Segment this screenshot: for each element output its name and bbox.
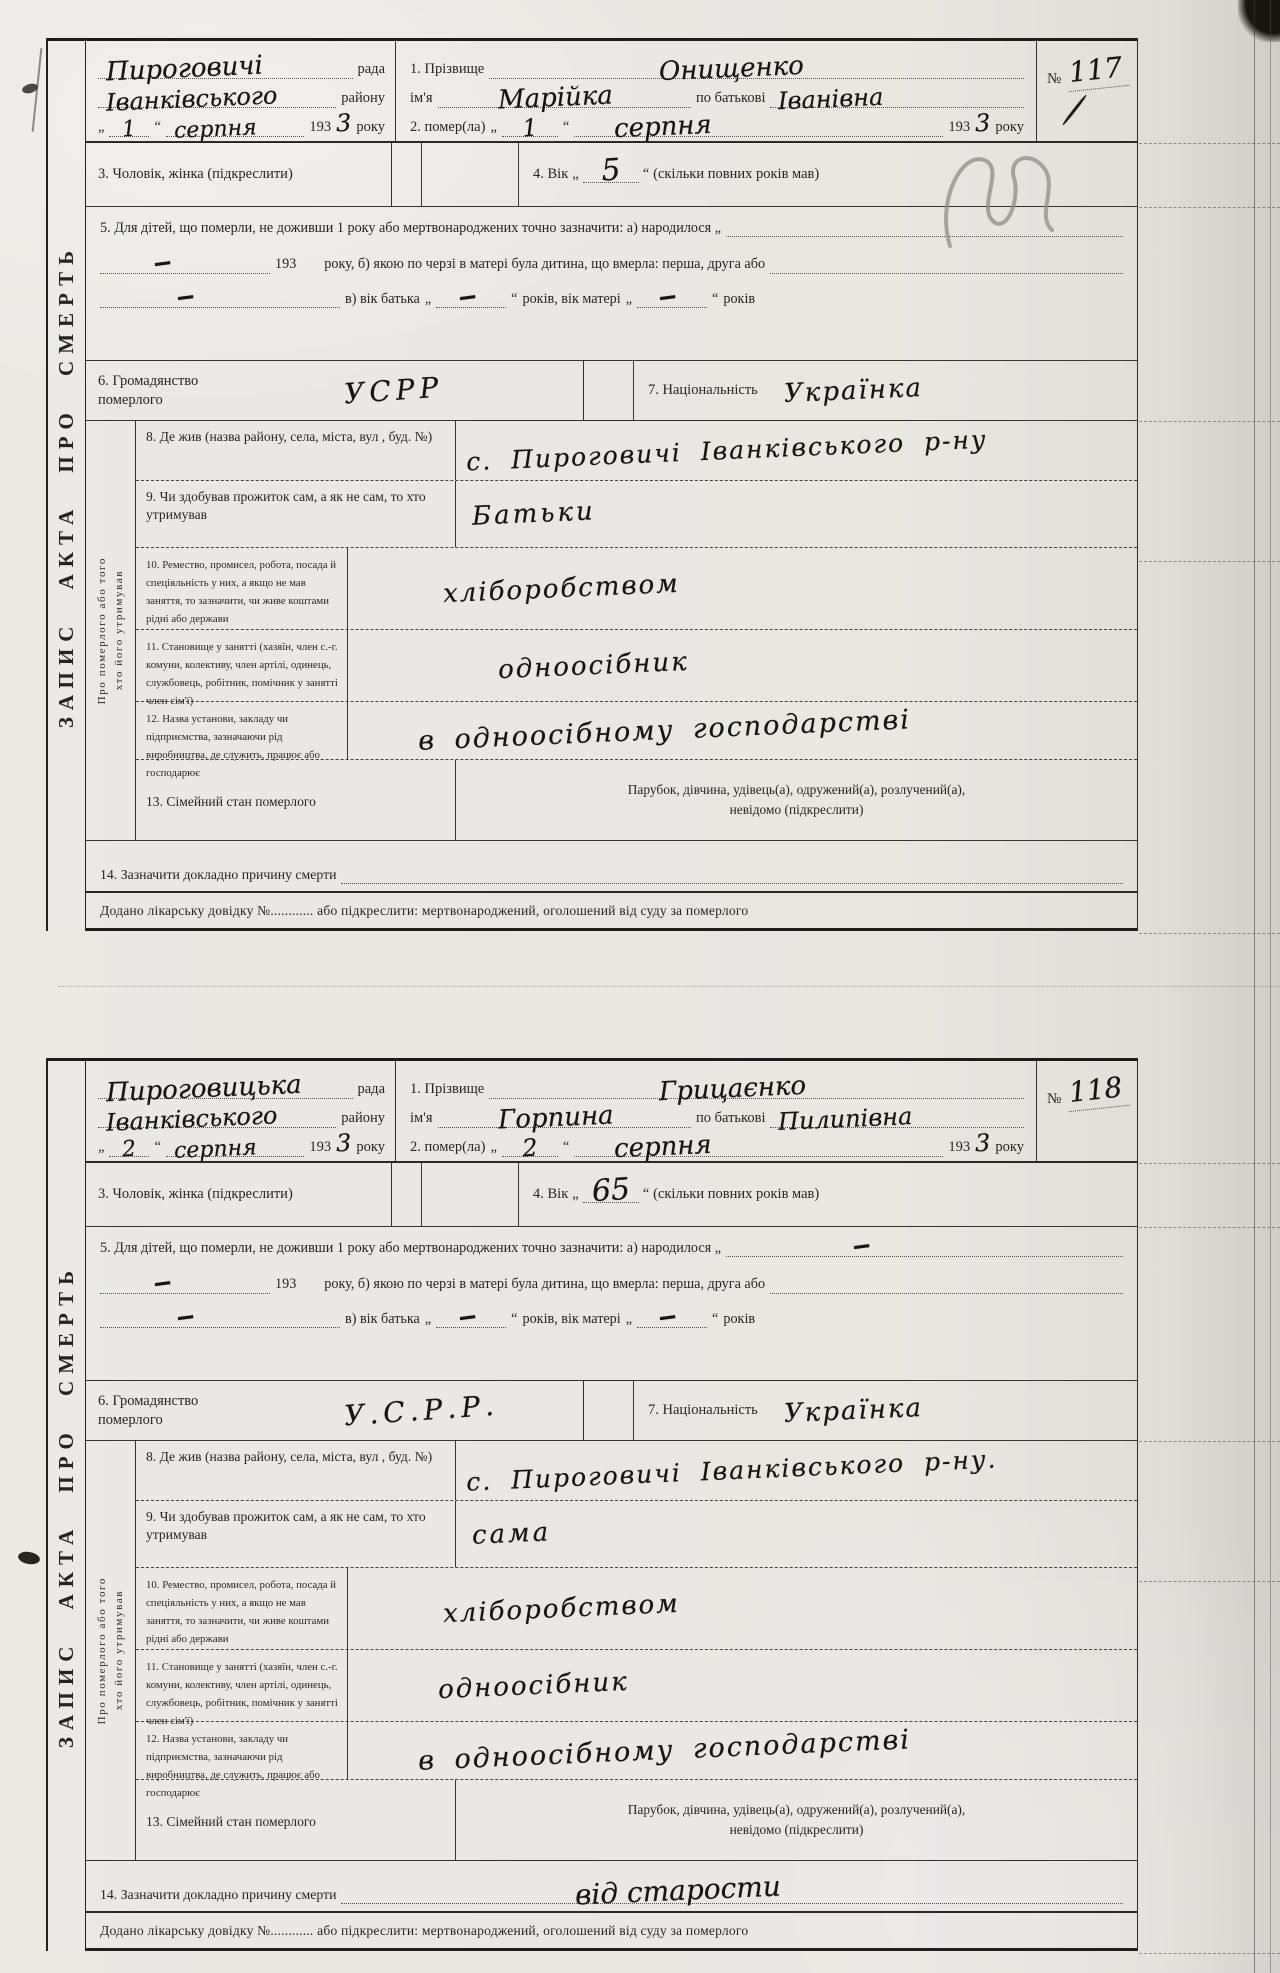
name-handwritten: Марійка bbox=[497, 81, 613, 116]
age-label: 4. Вік bbox=[533, 1185, 568, 1204]
quote-mark: „ bbox=[425, 1310, 431, 1328]
clause-line-2: —193року, б) якою по черзі в матері була… bbox=[100, 1275, 1123, 1293]
nationality-handwritten: Українка bbox=[783, 372, 923, 408]
clause-text-3b: років, вік матері bbox=[522, 290, 620, 308]
clause-line-3: —в) вік батька„—“років, вік матері„—“рок… bbox=[100, 1310, 1123, 1328]
number-sign: № bbox=[1047, 70, 1061, 90]
quote-mark: “ bbox=[154, 1138, 160, 1157]
inner-sidebar: Про померлого або тогохто його утримував bbox=[86, 1441, 136, 1860]
year-digit-handwritten: 3 bbox=[975, 109, 991, 138]
pencil-scribble bbox=[928, 138, 1078, 258]
year-digit-handwritten: 3 bbox=[975, 1129, 991, 1158]
record-number-handwritten: 118 bbox=[1066, 1070, 1131, 1112]
year-digit-handwritten: 3 bbox=[336, 109, 352, 138]
occupation-row: 10. Ремество, промисел, робота, посада й… bbox=[136, 548, 1137, 630]
workplace-label-cell: 12. Назва установи, закладу чи підприємс… bbox=[136, 702, 348, 759]
quote-mark: “ bbox=[563, 118, 569, 137]
quote-mark: “ bbox=[712, 290, 718, 308]
name-handwritten: Горпина bbox=[497, 1100, 614, 1135]
citizenship-label-line1: 6. Громадянство bbox=[98, 372, 266, 390]
quote-mark: “ bbox=[511, 1310, 517, 1328]
year-prefix: 193 bbox=[948, 1138, 970, 1157]
blank-line: — bbox=[100, 1311, 340, 1328]
clause-text-3b: років, вік матері bbox=[522, 1310, 620, 1328]
form-side-strip: ЗАПИС АКТА ПРО СМЕРТЬ bbox=[48, 1061, 86, 1951]
record-number-handwritten: 117 bbox=[1066, 50, 1131, 92]
workplace-label-cell: 12. Назва установи, закладу чи підприємс… bbox=[136, 1722, 348, 1779]
dash-handwritten: — bbox=[176, 281, 194, 313]
residence-row: 8. Де жив (назва району, села, міста, ву… bbox=[136, 421, 1137, 481]
status-label-cell: 11. Становище у занятті (хазяїн, член с.… bbox=[136, 630, 348, 701]
quote-mark: „ bbox=[572, 1185, 578, 1204]
dash-handwritten: — bbox=[176, 1301, 194, 1333]
age-handwritten: 65 bbox=[590, 1172, 631, 1210]
ink-check-stroke bbox=[1062, 94, 1088, 126]
surname-blank: Онищенко bbox=[489, 62, 1024, 79]
quote-mark: „ bbox=[98, 118, 104, 137]
residence-value-cell: с. Пироговичі Іванківського р-ну bbox=[456, 421, 1137, 480]
marital-status-row: 13. Сімейний стан померлогоПарубок, дівч… bbox=[136, 1780, 1137, 1860]
reg-day-handwritten: 2 bbox=[122, 1137, 138, 1163]
ruling-line bbox=[1139, 561, 1280, 562]
person-cell: 1. ПрізвищеОнищенко ім'яМарійкапо батько… bbox=[396, 41, 1037, 141]
form-title-vertical: ЗАПИС АКТА ПРО СМЕРТЬ bbox=[54, 244, 79, 728]
clause-text-1: 5. Для дітей, що померли, не доживши 1 р… bbox=[100, 1239, 721, 1257]
council-cell: Пироговичірада Іванківськогорайону „1“се… bbox=[86, 41, 396, 141]
quote-mark: „ bbox=[572, 165, 578, 184]
reg-month-blank: серпня bbox=[166, 120, 305, 137]
certificate-note: Додано лікарську довідку №............ а… bbox=[100, 1922, 748, 1940]
provider-row: 9. Чи здобував прожиток сам, а як не сам… bbox=[136, 481, 1137, 549]
residence-handwritten: с. Пироговичі Іванківського р-ну. bbox=[466, 1444, 998, 1496]
name-label: ім'я bbox=[410, 89, 433, 108]
inner-sidebar-line1: Про померлого або того bbox=[96, 1577, 108, 1724]
blank-line: — bbox=[726, 1240, 1123, 1257]
occupation-label-cell: 10. Ремество, промисел, робота, посада й… bbox=[136, 548, 348, 629]
marital-options-line1: Парубок, дівчина, удівець(а), одружений(… bbox=[628, 1802, 966, 1819]
surname-handwritten: Грицаєнко bbox=[659, 1071, 807, 1107]
quote-mark: “ bbox=[643, 1185, 649, 1204]
clause-text-3a: в) вік батька bbox=[345, 290, 420, 308]
quote-mark: “ bbox=[154, 118, 160, 137]
sex-label: 3. Чоловік, жінка (підкреслити) bbox=[98, 165, 293, 184]
marital-status-row: 13. Сімейний стан померлогоПарубок, дівч… bbox=[136, 760, 1137, 840]
ruling-line bbox=[1139, 421, 1280, 422]
blank-line bbox=[770, 257, 1123, 274]
citizenship-nationality-row: 6. Громадянствопомерлого УСРР 7. Націона… bbox=[86, 361, 1137, 421]
marital-options-cell: Парубок, дівчина, удівець(а), одружений(… bbox=[456, 760, 1137, 840]
status-row: 11. Становище у занятті (хазяїн, член с.… bbox=[136, 630, 1137, 702]
workplace-handwritten: в одноосібному господарстві bbox=[418, 705, 912, 757]
empty-cell bbox=[584, 1381, 634, 1440]
status-label: 11. Становище у занятті (хазяїн, член с.… bbox=[146, 641, 338, 707]
mother-age-blank: — bbox=[637, 291, 707, 308]
death-month-blank: серпня bbox=[574, 120, 943, 137]
marital-options-line2: невідомо (підкреслити) bbox=[730, 1822, 864, 1839]
year-digit-handwritten: 3 bbox=[336, 1129, 352, 1158]
quote-mark: “ bbox=[643, 165, 649, 184]
rada-label: рада bbox=[358, 1080, 386, 1099]
status-value-cell: одноосібник bbox=[348, 630, 1137, 701]
district-blank: Іванківського bbox=[98, 1111, 336, 1128]
form-side-strip: ЗАПИС АКТА ПРО СМЕРТЬ bbox=[48, 41, 86, 931]
citizenship-label: 6. Громадянствопомерлого bbox=[98, 372, 266, 408]
marital-options-cell: Парубок, дівчина, удівець(а), одружений(… bbox=[456, 1780, 1137, 1860]
ruling-line bbox=[1139, 1227, 1280, 1228]
clause-line-2: —193року, б) якою по черзі в матері була… bbox=[100, 255, 1123, 273]
raionu-label: району bbox=[341, 89, 385, 108]
ruling-line bbox=[1139, 1953, 1280, 1954]
year-prefix: 193 bbox=[309, 118, 331, 137]
occupation-label: 10. Ремество, промисел, робота, посада й… bbox=[146, 559, 336, 625]
council-blank: Пироговичі bbox=[98, 62, 353, 79]
patronymic-blank: Пилипівна bbox=[770, 1111, 1024, 1128]
infant-clause-row: 5. Для дітей, що померли, не доживши 1 р… bbox=[86, 1227, 1137, 1381]
age-handwritten: 5 bbox=[600, 152, 621, 188]
provider-handwritten: Батьки bbox=[471, 496, 596, 531]
provider-handwritten: сама bbox=[471, 1517, 551, 1550]
empty-cell bbox=[392, 1163, 422, 1226]
cause-blank bbox=[341, 867, 1123, 884]
death-day-handwritten: 2 bbox=[521, 1134, 538, 1163]
header-row: Пироговичірада Іванківськогорайону „1“се… bbox=[86, 41, 1137, 143]
marital-label-cell: 13. Сімейний стан померлого bbox=[136, 1780, 456, 1860]
residence-handwritten: с. Пироговичі Іванківського р-ну bbox=[466, 424, 988, 476]
reg-day-blank: 2 bbox=[109, 1140, 149, 1157]
status-handwritten: одноосібник bbox=[497, 647, 689, 685]
clause-text-3c: років bbox=[723, 290, 755, 308]
nationality-cell: 7. НаціональністьУкраїнка bbox=[634, 361, 1137, 420]
certificate-note-row: Додано лікарську довідку №............ а… bbox=[86, 1913, 1137, 1951]
provider-label: 9. Чи здобував прожиток сам, а як не сам… bbox=[146, 489, 426, 522]
age-suffix: (скільки повних років мав) bbox=[653, 165, 819, 184]
clause-line-1: 5. Для дітей, що померли, не доживши 1 р… bbox=[100, 1239, 1123, 1257]
father-age-blank: — bbox=[436, 1311, 506, 1328]
form-body: Пироговицькарада Іванківськогорайону „2“… bbox=[86, 1061, 1137, 1951]
marital-label: 13. Сімейний стан померлого bbox=[146, 793, 316, 811]
district-blank: Іванківського bbox=[98, 91, 336, 108]
occupation-handwritten: хліборобством bbox=[442, 1589, 680, 1629]
dash-handwritten: — bbox=[154, 1267, 172, 1299]
died-label: 2. помер(ла) bbox=[410, 118, 485, 137]
quote-mark: “ bbox=[563, 1138, 569, 1157]
quote-mark: “ bbox=[511, 290, 517, 308]
roku-label: року bbox=[356, 118, 385, 137]
reg-month-handwritten: серпня bbox=[173, 115, 257, 144]
dash-handwritten: — bbox=[458, 1301, 476, 1333]
citizenship-cell: 6. Громадянствопомерлого У.С.Р.Р. bbox=[86, 1381, 584, 1440]
blank-line bbox=[770, 1277, 1123, 1294]
council-blank: Пироговицька bbox=[98, 1082, 353, 1099]
father-age-blank: — bbox=[436, 291, 506, 308]
ruling-line bbox=[1139, 207, 1280, 208]
year-prefix: 193 bbox=[948, 118, 970, 137]
cause-of-death-row: 14. Зазначити докладно причину смерти bbox=[86, 841, 1137, 893]
blank-line: — bbox=[100, 257, 270, 274]
header-row: Пироговицькарада Іванківськогорайону „2“… bbox=[86, 1061, 1137, 1163]
cause-label: 14. Зазначити докладно причину смерти bbox=[100, 1886, 337, 1904]
patronymic-label: по батькові bbox=[696, 1109, 765, 1128]
patronymic-handwritten: Іванівна bbox=[778, 83, 884, 116]
clause-text-2: року, б) якою по черзі в матері була дит… bbox=[324, 255, 765, 273]
record-number-cell: №118 bbox=[1037, 1061, 1137, 1161]
question-rows: 8. Де жив (назва району, села, міста, ву… bbox=[136, 1441, 1137, 1860]
cause-handwritten: від старости bbox=[575, 1870, 782, 1912]
citizenship-handwritten: УСРР bbox=[343, 371, 444, 411]
status-label-cell: 11. Становище у занятті (хазяїн, член с.… bbox=[136, 1650, 348, 1721]
age-blank: 5 bbox=[583, 166, 639, 183]
cause-label: 14. Зазначити докладно причину смерти bbox=[100, 866, 337, 884]
death-month-handwritten: серпня bbox=[614, 1130, 713, 1164]
citizenship-cell: 6. Громадянствопомерлого УСРР bbox=[86, 361, 584, 420]
reg-month-blank: серпня bbox=[166, 1140, 305, 1157]
clause-text-2: року, б) якою по черзі в матері була дит… bbox=[324, 1275, 765, 1293]
quote-mark: „ bbox=[626, 1310, 632, 1328]
roku-label: року bbox=[356, 1138, 385, 1157]
empty-cell bbox=[422, 1163, 519, 1226]
quote-mark: „ bbox=[98, 1138, 104, 1157]
status-label: 11. Становище у занятті (хазяїн, член с.… bbox=[146, 1661, 338, 1727]
quote-mark: „ bbox=[425, 290, 431, 308]
citizenship-label: 6. Громадянствопомерлого bbox=[98, 1392, 266, 1428]
patronymic-label: по батькові bbox=[696, 89, 765, 108]
cause-blank: від старости bbox=[341, 1887, 1123, 1904]
death-day-handwritten: 1 bbox=[521, 114, 538, 143]
citizenship-label-line1: 6. Громадянство bbox=[98, 1392, 266, 1410]
provider-value-cell: сама bbox=[456, 1501, 1137, 1568]
ruling-line bbox=[1139, 933, 1280, 934]
death-day-blank: 2 bbox=[502, 1140, 558, 1157]
occupation-value-cell: хліборобством bbox=[348, 1568, 1137, 1649]
nationality-handwritten: Українка bbox=[783, 1392, 923, 1428]
status-value-cell: одноосібник bbox=[348, 1650, 1137, 1721]
surname-label: 1. Прізвище bbox=[410, 60, 484, 79]
quote-mark: „ bbox=[626, 290, 632, 308]
sex-label: 3. Чоловік, жінка (підкреслити) bbox=[98, 1185, 293, 1204]
ruling-line bbox=[1139, 1163, 1280, 1164]
provider-label-cell: 9. Чи здобував прожиток сам, а як не сам… bbox=[136, 481, 456, 548]
inner-sidebar-line1: Про померлого або того bbox=[96, 557, 108, 704]
empty-cell bbox=[422, 143, 519, 206]
clause-line-3: —в) вік батька„—“років, вік матері„—“рок… bbox=[100, 290, 1123, 308]
provider-label-cell: 9. Чи здобував прожиток сам, а як не сам… bbox=[136, 1501, 456, 1568]
nationality-cell: 7. НаціональністьУкраїнка bbox=[634, 1381, 1137, 1440]
workplace-handwritten: в одноосібному господарстві bbox=[418, 1725, 912, 1777]
clause-text-1: 5. Для дітей, що померли, не доживши 1 р… bbox=[100, 219, 721, 237]
rada-label: рада bbox=[358, 60, 386, 79]
workplace-row: 12. Назва установи, закладу чи підприємс… bbox=[136, 702, 1137, 760]
council-cell: Пироговицькарада Іванківськогорайону „2“… bbox=[86, 1061, 396, 1161]
sex-age-row: 3. Чоловік, жінка (підкреслити) 4. Вік„6… bbox=[86, 1163, 1137, 1227]
occupation-handwritten: хліборобством bbox=[442, 569, 680, 609]
workplace-value-cell: в одноосібному господарстві bbox=[348, 1722, 1137, 1779]
death-month-blank: серпня bbox=[574, 1140, 943, 1157]
provider-row: 9. Чи здобував прожиток сам, а як не сам… bbox=[136, 1501, 1137, 1569]
empty-cell bbox=[584, 361, 634, 420]
dash-handwritten: — bbox=[659, 281, 677, 313]
residence-label-cell: 8. Де жив (назва району, села, міста, ву… bbox=[136, 421, 456, 480]
form-title-vertical: ЗАПИС АКТА ПРО СМЕРТЬ bbox=[54, 1264, 79, 1748]
workplace-row: 12. Назва установи, закладу чи підприємс… bbox=[136, 1722, 1137, 1780]
citizenship-label-line2: померлого bbox=[98, 391, 266, 409]
raionu-label: району bbox=[341, 1109, 385, 1128]
record-number-cell: №117 bbox=[1037, 41, 1137, 141]
dash-handwritten: — bbox=[659, 1301, 677, 1333]
name-blank: Горпина bbox=[438, 1111, 692, 1128]
residence-label: 8. Де жив (назва району, села, міста, ву… bbox=[146, 429, 432, 444]
certificate-note-row: Додано лікарську довідку №............ а… bbox=[86, 893, 1137, 931]
sex-cell: 3. Чоловік, жінка (підкреслити) bbox=[86, 143, 392, 206]
death-month-handwritten: серпня bbox=[614, 110, 713, 144]
residence-label: 8. Де жив (назва району, села, міста, ву… bbox=[146, 1449, 432, 1464]
surname-handwritten: Онищенко bbox=[659, 51, 805, 87]
died-label: 2. помер(ла) bbox=[410, 1138, 485, 1157]
roku-label: року bbox=[995, 1138, 1024, 1157]
marital-options-line2: невідомо (підкреслити) bbox=[730, 802, 864, 819]
empty-cell bbox=[392, 143, 422, 206]
name-blank: Марійка bbox=[438, 91, 692, 108]
nationality-label: 7. Національність bbox=[648, 381, 758, 400]
cause-of-death-row: 14. Зазначити докладно причину смертивід… bbox=[86, 1861, 1137, 1913]
inner-sidebar-line2: хто його утримував bbox=[113, 1590, 125, 1710]
marital-options-line1: Парубок, дівчина, удівець(а), одружений(… bbox=[628, 782, 966, 799]
quote-mark: „ bbox=[490, 1138, 496, 1157]
dash-handwritten: — bbox=[852, 1230, 870, 1262]
age-blank: 65 bbox=[583, 1186, 639, 1203]
deceased-details-block: Про померлого або тогохто його утримував… bbox=[86, 1441, 1137, 1861]
roku-label: року bbox=[995, 118, 1024, 137]
inner-sidebar: Про померлого або тогохто його утримував bbox=[86, 421, 136, 840]
ruling-line bbox=[1139, 143, 1280, 144]
mother-age-blank: — bbox=[637, 1311, 707, 1328]
age-cell: 4. Вік„65“(скільки повних років мав) bbox=[519, 1163, 1137, 1226]
reg-month-handwritten: серпня bbox=[173, 1135, 257, 1164]
marital-label-cell: 13. Сімейний стан померлого bbox=[136, 760, 456, 840]
quote-mark: „ bbox=[490, 118, 496, 137]
citizenship-handwritten: У.С.Р.Р. bbox=[343, 1389, 500, 1433]
provider-label: 9. Чи здобував прожиток сам, а як не сам… bbox=[146, 1509, 426, 1542]
occupation-value-cell: хліборобством bbox=[348, 548, 1137, 629]
citizenship-label-line2: померлого bbox=[98, 1411, 266, 1429]
binding-mark bbox=[17, 1550, 41, 1566]
death-record-form-118: ЗАПИС АКТА ПРО СМЕРТЬ Пироговицькарада І… bbox=[46, 1058, 1138, 1951]
occupation-label-cell: 10. Ремество, промисел, робота, посада й… bbox=[136, 1568, 348, 1649]
year-prefix: 193 bbox=[275, 1275, 296, 1293]
citizenship-nationality-row: 6. Громадянствопомерлого У.С.Р.Р. 7. Нац… bbox=[86, 1381, 1137, 1441]
name-label: ім'я bbox=[410, 1109, 433, 1128]
nationality-label: 7. Національність bbox=[648, 1401, 758, 1420]
reg-day-blank: 1 bbox=[109, 120, 149, 137]
age-label: 4. Вік bbox=[533, 165, 568, 184]
status-row: 11. Становище у занятті (хазяїн, член с.… bbox=[136, 1650, 1137, 1722]
death-day-blank: 1 bbox=[502, 120, 558, 137]
number-sign: № bbox=[1047, 1090, 1061, 1110]
blank-line: — bbox=[100, 1277, 270, 1294]
year-prefix: 193 bbox=[309, 1138, 331, 1157]
year-prefix: 193 bbox=[275, 255, 296, 273]
residence-label-cell: 8. Де жив (назва району, села, міста, ву… bbox=[136, 1441, 456, 1500]
reg-day-handwritten: 1 bbox=[122, 117, 138, 143]
inner-sidebar-line2: хто його утримував bbox=[113, 570, 125, 690]
residence-row: 8. Де жив (назва району, села, міста, ву… bbox=[136, 1441, 1137, 1501]
ruling-line bbox=[1139, 1581, 1280, 1582]
certificate-note: Додано лікарську довідку №............ а… bbox=[100, 902, 748, 920]
scanned-death-register-page: { "page": { "paper_color": "#e8e6e1", "i… bbox=[0, 0, 1280, 1973]
dash-handwritten: — bbox=[458, 281, 476, 313]
patronymic-blank: Іванівна bbox=[770, 91, 1024, 108]
provider-value-cell: Батьки bbox=[456, 481, 1137, 548]
workplace-value-cell: в одноосібному господарстві bbox=[348, 702, 1137, 759]
ruling-line bbox=[58, 986, 1280, 987]
person-cell: 1. ПрізвищеГрицаєнко ім'яГорпинапо батьк… bbox=[396, 1061, 1037, 1161]
dash-handwritten: — bbox=[154, 247, 172, 279]
deceased-details-block: Про померлого або тогохто його утримував… bbox=[86, 421, 1137, 841]
question-rows: 8. Де жив (назва району, села, міста, ву… bbox=[136, 421, 1137, 840]
clause-text-3a: в) вік батька bbox=[345, 1310, 420, 1328]
blank-line: — bbox=[100, 291, 340, 308]
scan-corner-smudge bbox=[1238, 0, 1280, 42]
patronymic-handwritten: Пилипівна bbox=[778, 1102, 913, 1136]
marital-label: 13. Сімейний стан померлого bbox=[146, 1813, 316, 1831]
age-suffix: (скільки повних років мав) bbox=[653, 1185, 819, 1204]
occupation-row: 10. Ремество, промисел, робота, посада й… bbox=[136, 1568, 1137, 1650]
residence-value-cell: с. Пироговичі Іванківського р-ну. bbox=[456, 1441, 1137, 1500]
occupation-label: 10. Ремество, промисел, робота, посада й… bbox=[146, 1579, 336, 1645]
ruling-line bbox=[1139, 1441, 1280, 1442]
surname-blank: Грицаєнко bbox=[489, 1082, 1024, 1099]
clause-text-3c: років bbox=[723, 1310, 755, 1328]
quote-mark: “ bbox=[712, 1310, 718, 1328]
surname-label: 1. Прізвище bbox=[410, 1080, 484, 1099]
status-handwritten: одноосібник bbox=[437, 1667, 629, 1705]
sex-cell: 3. Чоловік, жінка (підкреслити) bbox=[86, 1163, 392, 1226]
